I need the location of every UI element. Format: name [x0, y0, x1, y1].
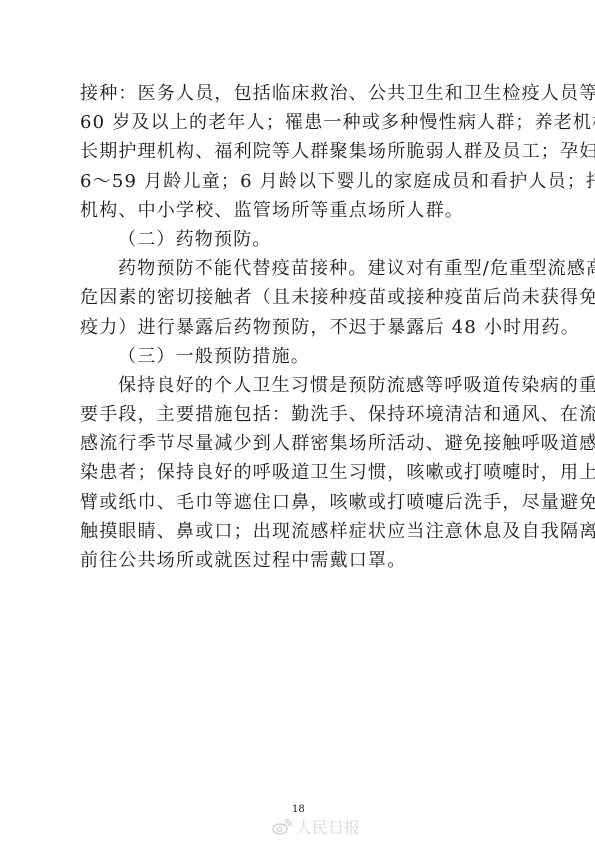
text-line: 药物预防不能代替疫苗接种。建议对有重型/危重型流感高	[80, 254, 514, 283]
section-heading-drug-prevention: （二）药物预防。	[80, 225, 514, 254]
text-line: 前往公共场所或就医过程中需戴口罩。	[80, 546, 514, 575]
watermark: 人民日报	[272, 815, 360, 838]
text-line: 触摸眼睛、鼻或口；出现流感样症状应当注意休息及自我隔离，	[80, 517, 514, 546]
text-line: 疫力）进行暴露后药物预防，不迟于暴露后 48 小时用药。	[80, 313, 514, 342]
text-line: 臂或纸巾、毛巾等遮住口鼻，咳嗽或打喷嚏后洗手，尽量避免	[80, 488, 514, 517]
text-line: 接种：医务人员，包括临床救治、公共卫生和卫生检疫人员等；	[80, 79, 514, 108]
page-number: 18	[292, 804, 305, 815]
text-line: 长期护理机构、福利院等人群聚集场所脆弱人群及员工；孕妇；	[80, 137, 514, 166]
document-body: 接种：医务人员，包括临床救治、公共卫生和卫生检疫人员等； 60 岁及以上的老年人…	[80, 79, 514, 575]
text-line: 危因素的密切接触者（且未接种疫苗或接种疫苗后尚未获得免	[80, 283, 514, 312]
text-line: 机构、中小学校、监管场所等重点场所人群。	[80, 196, 514, 225]
text-line: 保持良好的个人卫生习惯是预防流感等呼吸道传染病的重	[80, 371, 514, 400]
text-line: 6～59 月龄儿童；6 月龄以下婴儿的家庭成员和看护人员；托幼	[80, 167, 514, 196]
weibo-icon	[272, 819, 292, 835]
section-heading-general-prevention: （三）一般预防措施。	[80, 342, 514, 371]
text-line: 要手段，主要措施包括：勤洗手、保持环境清洁和通风、在流	[80, 400, 514, 429]
text-line: 60 岁及以上的老年人；罹患一种或多种慢性病人群；养老机构、	[80, 108, 514, 137]
watermark-text: 人民日报	[296, 815, 360, 838]
text-line: 染患者；保持良好的呼吸道卫生习惯，咳嗽或打喷嚏时，用上	[80, 458, 514, 487]
text-line: 感流行季节尽量减少到人群密集场所活动、避免接触呼吸道感	[80, 429, 514, 458]
